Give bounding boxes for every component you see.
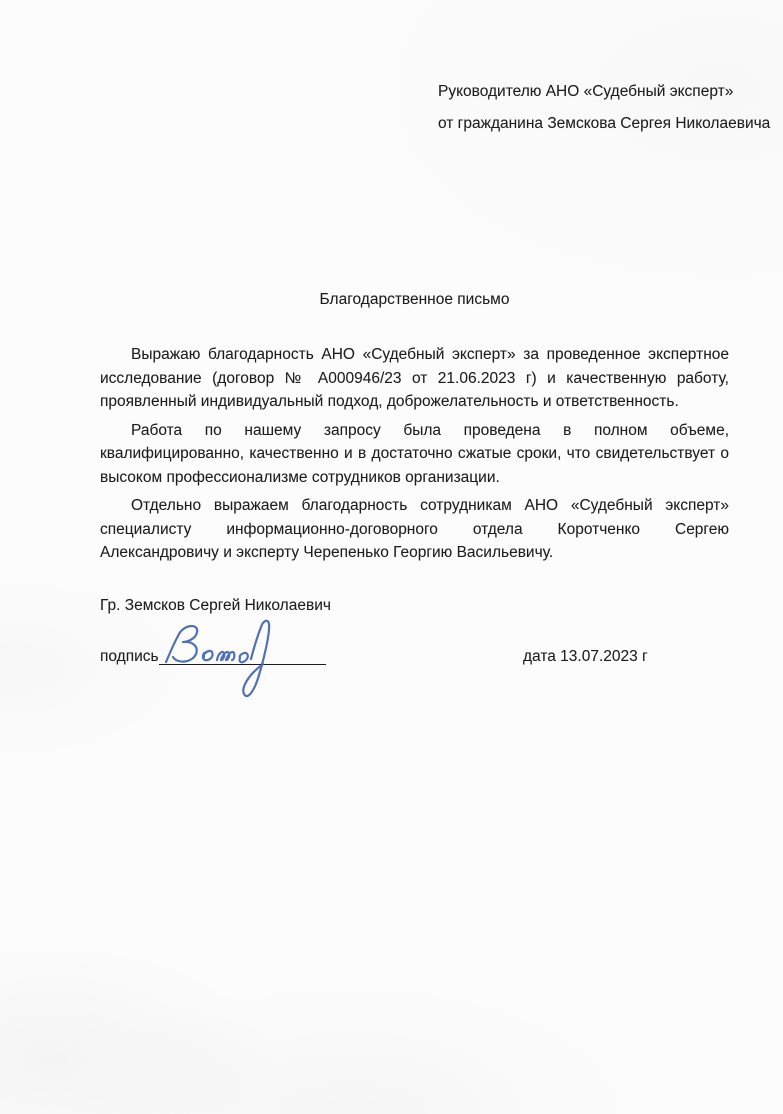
recipient-line: Руководителю АНО «Судебный эксперт» — [438, 76, 770, 108]
sender-line: от гражданина Земскова Сергея Николаевич… — [438, 108, 770, 140]
paragraph-gratitude: Выражаю благодарность АНО «Судебный эксп… — [100, 343, 729, 414]
paragraph-work-quality: Работа по нашему запросу была проведена … — [100, 419, 729, 490]
letter-body: Выражаю благодарность АНО «Судебный эксп… — [100, 343, 729, 570]
letter-title: Благодарственное письмо — [100, 288, 729, 312]
paragraph-staff-thanks: Отдельно выражаем благодарность сотрудни… — [100, 494, 729, 565]
signature-label: подпись — [100, 648, 159, 665]
handwritten-signature-icon — [158, 615, 290, 717]
signatory-name: Гр. Земсков Сергей Николаевич — [100, 594, 331, 618]
date-text: дата 13.07.2023 г — [523, 645, 648, 669]
scanned-letter-page: Руководителю АНО «Судебный эксперт» от г… — [0, 0, 783, 1114]
signature-row: подпись дата 13.07.2023 г — [100, 645, 729, 669]
recipient-block: Руководителю АНО «Судебный эксперт» от г… — [438, 76, 770, 140]
